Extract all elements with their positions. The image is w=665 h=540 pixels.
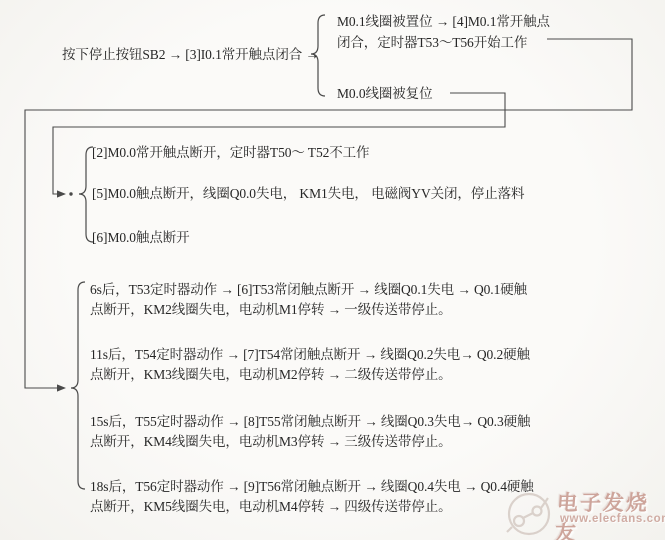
start-step-text: 按下停止按钮SB2 → [3]I0.1常开触点闭合 →	[62, 47, 319, 62]
m00-effect-item: [2]M0.0常开触点断开，定时器T50～ T52不工作	[92, 145, 369, 160]
arrowhead-reset-branch	[57, 190, 66, 197]
set-branch-line1: M0.1线圈被置位 → [4]M0.1常开触点	[337, 11, 550, 32]
junction-dot	[69, 192, 72, 195]
timer-effect-item: 18s后，T56定时器动作 → [9]T56常闭触点断开 → 线圈Q0.4失电 …	[90, 477, 534, 517]
timer-effect-item: 15s后，T55定时器动作 → [8]T55常闭触点断开 → 线圈Q0.3失电→…	[90, 412, 530, 452]
connector-reset-branch	[53, 93, 505, 194]
set-branch-line2: 闭合，定时器T53～T56开始工作	[337, 32, 550, 53]
timer-effect-line2: 点断开，KM5线圈失电，电动机M4停转 → 四级传送带停止。	[90, 497, 534, 517]
m00-effect-item: [5]M0.0触点断开，线圈Q0.0失电， KM1失电， 电磁阀YV关闭，停止落…	[92, 186, 524, 201]
scanned-flow-diagram: 按下停止按钮SB2 → [3]I0.1常开触点闭合 → M0.1线圈被置位 → …	[0, 0, 665, 540]
timer-effect-item: 11s后，T54定时器动作 → [7]T54常闭触点断开 → 线圈Q0.2失电→…	[90, 345, 530, 385]
connector-timer-branch	[25, 39, 632, 388]
timer-effect-line1: 11s后，T54定时器动作 → [7]T54常闭触点断开 → 线圈Q0.2失电→…	[90, 345, 530, 365]
timer-effect-line2: 点断开，KM4线圈失电，电动机M3停转 → 三级传送带停止。	[90, 432, 530, 452]
brace-middle	[79, 147, 93, 242]
timer-effect-line2: 点断开，KM2线圈失电，电动机M1停转 → 一级传送带停止。	[90, 300, 527, 320]
timer-effect-item: 6s后，T53定时器动作 → [6]T53常闭触点断开 → 线圈Q0.1失电 →…	[90, 280, 527, 320]
m00-effect-item: [6]M0.0触点断开	[92, 230, 190, 245]
brace-bottom	[71, 282, 85, 489]
watermark-url: www.elecfans.com	[560, 513, 665, 525]
timer-effect-line2: 点断开，KM3线圈失电，电动机M2停转 → 二级传送带停止。	[90, 365, 530, 385]
arrowhead-timer-branch	[57, 384, 66, 391]
timer-effect-line1: 15s后，T55定时器动作 → [8]T55常闭触点断开 → 线圈Q0.3失电→…	[90, 412, 530, 432]
timer-effect-line1: 18s后，T56定时器动作 → [9]T56常闭触点断开 → 线圈Q0.4失电 …	[90, 477, 534, 497]
diagram-connectors	[0, 0, 665, 540]
reset-branch-text: M0.0线圈被复位	[337, 86, 432, 101]
timer-effect-line1: 6s后，T53定时器动作 → [6]T53常闭触点断开 → 线圈Q0.1失电 →…	[90, 280, 527, 300]
set-branch-text: M0.1线圈被置位 → [4]M0.1常开触点 闭合，定时器T53～T56开始工…	[337, 11, 550, 53]
